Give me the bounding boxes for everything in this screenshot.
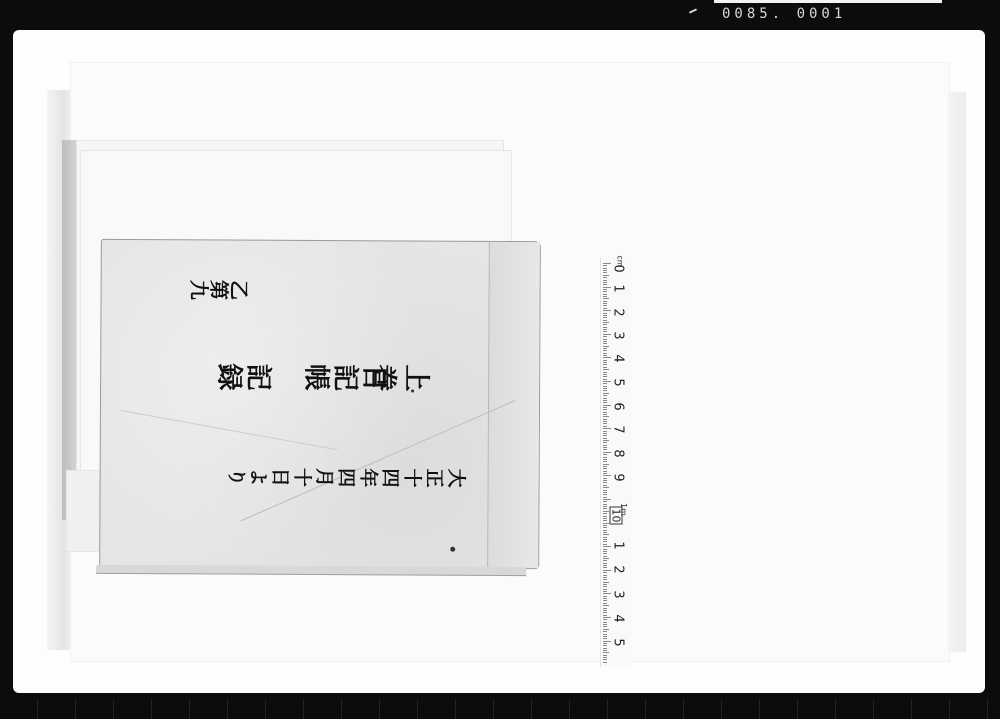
ruler-tick	[603, 657, 607, 658]
ruler-tick	[603, 473, 607, 474]
ruler-label-boxed: 10	[610, 507, 623, 525]
ruler-tick	[603, 357, 611, 358]
ruler-tick	[603, 659, 607, 660]
ruler-tick	[603, 541, 607, 542]
ruler-tick	[603, 622, 607, 623]
ruler-tick	[603, 558, 609, 559]
ruler-tick	[603, 272, 607, 273]
ruler-tick	[603, 298, 609, 299]
paper-crease	[240, 400, 515, 522]
ruler-tick	[603, 650, 607, 651]
right-shadow	[948, 92, 966, 652]
ruler-tick	[603, 490, 607, 491]
ruler-tick	[603, 350, 607, 351]
frame-number: 0085. 0001	[722, 6, 846, 22]
ruler-tick	[603, 334, 611, 335]
ruler-tick	[603, 438, 607, 439]
ruler-tick	[603, 511, 609, 512]
ruler-tick	[603, 372, 607, 373]
ruler-tick	[603, 270, 607, 271]
ruler-tick	[603, 457, 607, 458]
ruler-tick	[603, 308, 607, 309]
ruler-tick	[603, 433, 607, 434]
ruler-tick	[603, 482, 607, 483]
ruler-tick	[603, 416, 609, 417]
ruler-tick	[603, 624, 607, 625]
ruler-tick	[603, 485, 607, 486]
ruler-tick	[603, 454, 607, 455]
ruler-tick	[603, 617, 611, 618]
ruler-tick	[603, 504, 607, 505]
ruler-tick	[603, 487, 609, 488]
ruler-tick	[603, 423, 607, 424]
ruler-tick	[603, 331, 607, 332]
ruler-tick	[603, 501, 607, 502]
ruler-tick	[603, 305, 607, 306]
ruler-tick	[603, 530, 607, 531]
ruler-tick	[603, 551, 607, 552]
ruler-label: 8	[611, 447, 626, 461]
ruler-label: 6	[611, 400, 626, 414]
ruler-tick	[603, 414, 607, 415]
ruler-label: 5	[611, 376, 626, 390]
ruler-tick	[603, 513, 607, 514]
ruler-tick	[603, 277, 607, 278]
ruler-tick	[603, 390, 607, 391]
ruler-tick	[603, 600, 607, 601]
measuring-ruler: cm 0 1 2 3 4 5 6 7 8 9 1m 10 1 2 3 4 5	[600, 257, 631, 667]
ruler-tick	[603, 610, 607, 611]
ruler-label: 5	[611, 636, 626, 650]
ruler-tick	[603, 471, 607, 472]
ruler-label: 4	[611, 352, 626, 366]
ruler-tick	[603, 577, 607, 578]
ruler-tick	[603, 572, 607, 573]
film-label-strip	[714, 0, 942, 3]
ruler-tick	[603, 475, 611, 476]
ruler-tick	[603, 296, 607, 297]
ruler-tick	[603, 353, 607, 354]
ruler-tick	[603, 466, 607, 467]
ruler-label: 9	[611, 471, 626, 485]
ruler-tick	[603, 567, 607, 568]
ruler-label: 3	[611, 329, 626, 343]
ruler-tick	[603, 638, 607, 639]
film-border-bottom	[0, 700, 1000, 719]
ruler-tick	[603, 591, 607, 592]
ruler-tick	[603, 570, 611, 571]
ink-spot	[411, 389, 414, 392]
ruler-tick	[603, 560, 607, 561]
ruler-tick	[603, 447, 607, 448]
ruler-tick	[603, 339, 607, 340]
ruler-tick	[603, 478, 607, 479]
ruler-tick	[603, 605, 609, 606]
ruler-tick	[603, 589, 607, 590]
ruler-tick	[603, 655, 607, 656]
ruler-tick	[603, 393, 609, 394]
ruler-tick	[603, 499, 611, 500]
ruler-tick	[603, 263, 611, 264]
ruler-tick	[603, 506, 607, 507]
ruler-tick	[603, 419, 607, 420]
ruler-tick	[603, 525, 607, 526]
ruler-tick	[603, 343, 607, 344]
ruler-tick	[603, 268, 607, 269]
document-title-line-1: 日記帳 記録	[215, 354, 389, 394]
ruler-tick	[603, 648, 607, 649]
ruler-tick	[603, 537, 607, 538]
ruler-tick	[603, 435, 607, 436]
ruler-tick	[603, 367, 607, 368]
manuscript-cover: 乙第九 日記帳 記録 上巻 大正十四年四月十日より	[99, 239, 541, 569]
ruler-tick	[603, 320, 607, 321]
ruler-tick	[603, 379, 607, 380]
ruler-tick	[603, 662, 607, 663]
ruler-label: 2	[611, 306, 626, 320]
ruler-tick	[603, 265, 607, 266]
ink-spot	[450, 547, 455, 552]
ruler-tick	[603, 508, 607, 509]
ruler-tick	[603, 534, 609, 535]
ruler-label: 4	[611, 612, 626, 626]
ruler-tick	[603, 468, 607, 469]
ruler-tick	[603, 631, 607, 632]
ruler-tick	[603, 645, 607, 646]
ruler-tick	[603, 641, 611, 642]
ruler-tick	[603, 282, 607, 283]
ruler-tick	[603, 426, 607, 427]
ruler-tick	[603, 360, 607, 361]
ruler-tick	[603, 598, 607, 599]
ruler-tick	[603, 388, 607, 389]
ruler-tick	[603, 593, 611, 594]
ruler-tick	[603, 376, 607, 377]
ruler-label: 0	[611, 262, 626, 276]
paper-crease	[121, 410, 338, 450]
ruler-tick	[603, 402, 607, 403]
ruler-tick	[603, 322, 609, 323]
ruler-tick	[603, 523, 611, 524]
ruler-tick	[603, 464, 609, 465]
ruler-tick	[603, 596, 607, 597]
binding-spine	[487, 242, 540, 568]
ruler-tick	[603, 431, 607, 432]
ruler-tick	[603, 565, 607, 566]
ruler-tick	[603, 405, 611, 406]
ruler-label: 3	[611, 588, 626, 602]
ruler-tick	[603, 480, 607, 481]
ruler-tick	[603, 556, 607, 557]
ruler-tick	[603, 428, 611, 429]
ruler-tick	[603, 449, 607, 450]
ruler-tick	[603, 395, 607, 396]
ruler-tick	[603, 303, 607, 304]
ruler-tick	[603, 421, 607, 422]
ruler-tick	[603, 348, 607, 349]
ruler-tick	[603, 364, 607, 365]
ruler-tick	[603, 532, 607, 533]
ruler-tick	[603, 301, 607, 302]
document-title-line-2: 上巻	[365, 355, 431, 394]
ruler-tick	[603, 291, 607, 292]
ruler-tick	[603, 459, 607, 460]
ruler-tick	[603, 317, 607, 318]
ruler-tick	[603, 579, 607, 580]
ruler-tick	[603, 634, 607, 635]
ruler-tick	[603, 294, 607, 295]
ruler-tick	[603, 549, 607, 550]
ruler-tick	[603, 315, 607, 316]
ruler-tick	[603, 544, 607, 545]
ruler-label: 2	[611, 563, 626, 577]
ruler-tick	[603, 369, 609, 370]
ruler-tick	[603, 409, 607, 410]
document-date-line: 大正十四年四月十日より	[225, 463, 467, 491]
ruler-tick	[603, 615, 607, 616]
ruler-tick	[603, 324, 607, 325]
ruler-tick	[603, 310, 611, 311]
ruler-tick	[603, 381, 611, 382]
ruler-tick	[603, 492, 607, 493]
ruler-tick	[603, 575, 607, 576]
ruler-tick	[603, 412, 607, 413]
ruler-tick	[603, 603, 607, 604]
ruler-tick	[603, 386, 607, 387]
ruler-tick	[603, 440, 609, 441]
ruler-tick	[603, 520, 607, 521]
ruler-tick	[603, 442, 607, 443]
ruler-label: 1	[611, 282, 626, 296]
ruler-tick	[603, 341, 607, 342]
ruler-tick	[603, 313, 607, 314]
ruler-tick	[603, 619, 607, 620]
ruler-tick	[603, 539, 607, 540]
ruler-tick	[603, 407, 607, 408]
ruler-tick	[603, 280, 607, 281]
ruler-tick	[603, 362, 607, 363]
ruler-tick	[603, 527, 607, 528]
ruler-tick	[603, 284, 607, 285]
ruler-tick	[603, 652, 609, 653]
ruler-tick	[603, 518, 607, 519]
ruler-tick	[603, 398, 607, 399]
ruler-tick	[603, 346, 609, 347]
ruler-tick	[603, 563, 607, 564]
ruler-tick	[603, 452, 611, 453]
ruler-tick	[603, 287, 611, 288]
ruler-label: 1	[611, 539, 626, 553]
ruler-tick	[603, 374, 607, 375]
ruler-tick	[603, 445, 607, 446]
ruler-tick	[603, 336, 607, 337]
ruler-tick	[603, 355, 607, 356]
ruler-tick	[603, 643, 607, 644]
ruler-tick	[603, 516, 607, 517]
ruler-tick	[603, 612, 607, 613]
ruler-tick	[603, 400, 607, 401]
document-label: 乙第九	[190, 274, 250, 303]
ruler-tick	[603, 586, 607, 587]
ruler-tick	[603, 626, 607, 627]
ruler-tick	[603, 497, 607, 498]
ruler-tick	[603, 546, 611, 547]
ruler-tick	[603, 275, 609, 276]
ruler-tick	[603, 327, 607, 328]
ruler-tick	[603, 629, 609, 630]
ruler-tick	[603, 494, 607, 495]
ruler-tick	[603, 289, 607, 290]
ruler-tick	[603, 584, 607, 585]
ruler-tick	[603, 636, 607, 637]
film-tick-mark	[689, 8, 697, 13]
ruler-label: 7	[611, 423, 626, 437]
ruler-tick	[603, 383, 607, 384]
ruler-tick	[603, 329, 607, 330]
ruler-tick	[603, 461, 607, 462]
ruler-tick	[603, 582, 609, 583]
ruler-tick	[603, 608, 607, 609]
ruler-tick	[603, 553, 607, 554]
